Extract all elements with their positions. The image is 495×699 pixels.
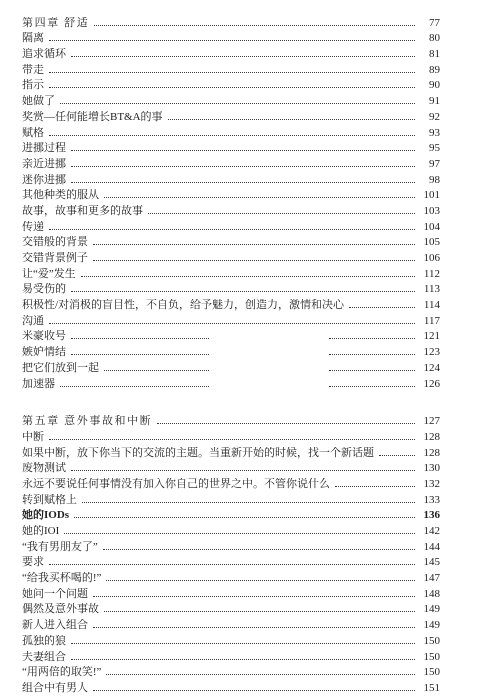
dot-leader [71,659,415,660]
toc-entry: 易受伤的113 [22,281,440,297]
entry-page: 81 [419,48,440,61]
dot-leader [93,627,415,628]
dot-leader [60,103,415,104]
entry-page: 145 [419,556,440,569]
entry-page: 130 [419,462,440,475]
entry-page: 121 [419,330,440,343]
entry-page: 150 [419,651,440,664]
dot-leader [71,150,415,151]
dot-leader [81,276,415,277]
toc-entry: 如果中断，放下你当下的交流的主题。当重新开始的时候，找一个新话题128 [22,444,440,460]
entry-title: 孤独的狼 [22,635,66,648]
entry-title: 米豪收号 [22,330,66,343]
dot-leader [148,213,415,214]
toc-entry: 加速器126 [22,375,440,391]
dot-leader [64,533,415,534]
entry-title: 其他种类的服从 [22,189,99,202]
dot-leader [71,338,209,339]
entry-title: 沟通 [22,315,44,328]
toc-entry: 中断128 [22,428,440,444]
entry-page: 124 [419,362,440,375]
dot-leader [82,502,415,503]
toc-entry: 她的IODs136 [22,507,440,523]
entry-title: “用两倍的取笑!” [22,666,101,679]
entry-page: 103 [419,205,440,218]
entry-page: 147 [419,572,440,585]
entry-page: 149 [419,603,440,616]
dot-leader [104,611,415,612]
entry-page: 150 [419,635,440,648]
toc-entry: 夫妻组合150 [22,648,440,664]
entry-page: 123 [419,346,440,359]
entry-title: 中断 [22,431,44,444]
entry-title: 转到赋格上 [22,494,77,507]
entry-title: 易受伤的 [22,283,66,296]
toc-page: 第四章 舒适77隔离80追求循环81带走89指示90她做了91奖赏—任何能增长B… [0,0,495,699]
toc-entry: “我有男朋友了”144 [22,538,440,554]
toc-entry: 隔离80 [22,30,440,46]
dot-leader [329,338,415,339]
entry-page: 151 [419,682,440,695]
entry-title: 偶然及意外事故 [22,603,99,616]
entry-title: 追求循环 [22,48,66,61]
toc-entry: 她的IOI142 [22,522,440,538]
entry-title: 她的IODs [22,509,69,522]
dot-leader [71,56,415,57]
toc-entry: 沟通117 [22,312,440,328]
entry-title: “给我买杯喝的!” [22,572,101,585]
toc-list: 第四章 舒适77隔离80追求循环81带走89指示90她做了91奖赏—任何能增长B… [22,14,440,695]
entry-title: 进挪过程 [22,142,66,155]
entry-page: 101 [419,189,440,202]
toc-entry: 新人进入组合149 [22,616,440,632]
dot-leader [60,386,209,387]
toc-entry: 其他种类的服从101 [22,187,440,203]
dot-leader [329,354,415,355]
toc-entry: 组合中有男人151 [22,679,440,695]
entry-title: 废物测试 [22,462,66,475]
entry-page: 132 [419,478,440,491]
entry-page: 148 [419,588,440,601]
entry-title: 积极性/对消极的盲目性，不自负，给予魅力，创造力，激情和决心 [22,299,344,312]
toc-entry: 废物测试130 [22,460,440,476]
entry-title: 她做了 [22,95,55,108]
entry-title: 夫妻组合 [22,651,66,664]
entry-page: 149 [419,619,440,632]
dot-leader [157,423,415,424]
entry-title: 如果中断，放下你当下的交流的主题。当重新开始的时候，找一个新话题 [22,447,374,460]
toc-entry: 偶然及意外事故149 [22,601,440,617]
dot-leader [49,229,415,230]
entry-title: 嫉妒情结 [22,346,66,359]
toc-entry: 让“爱”发生112 [22,265,440,281]
toc-entry: 带走89 [22,61,440,77]
entry-page: 136 [419,509,440,522]
toc-entry: 亲近进挪97 [22,155,440,171]
dot-leader [104,197,415,198]
toc-entry: 进挪过程95 [22,140,440,156]
dot-leader [49,564,415,565]
dot-leader [93,244,415,245]
entry-page: 117 [419,315,440,328]
toc-entry: 故事，故事和更多的故事103 [22,202,440,218]
entry-page: 128 [419,431,440,444]
toc-entry: 积极性/对消极的盲目性，不自负，给予魅力，创造力，激情和决心114 [22,296,440,312]
leader-gap [213,342,329,343]
entry-title: 加速器 [22,378,55,391]
entry-page: 91 [419,95,440,108]
dot-leader [329,386,415,387]
dot-leader [106,580,415,581]
toc-entry: 奖赏—任何能增长BT&A的事92 [22,108,440,124]
entry-page: 144 [419,541,440,554]
entry-title: 交错般的背景 [22,236,88,249]
entry-title: 亲近进挪 [22,158,66,171]
entry-title: 她问一个问题 [22,588,88,601]
entry-page: 95 [419,142,440,155]
entry-page: 150 [419,666,440,679]
dot-leader [49,40,415,41]
entry-page: 127 [419,415,440,428]
entry-title: 指示 [22,79,44,92]
entry-title: 让“爱”发生 [22,268,76,281]
toc-entry: 转到赋格上133 [22,491,440,507]
dot-leader [49,87,415,88]
dot-leader [49,135,415,136]
leader-gap [213,390,329,391]
dot-leader [103,549,415,550]
toc-entry: 嫉妒情结123 [22,343,440,359]
dot-leader [94,25,415,26]
toc-entry: 永远不要说任何事情没有加入你自己的世界之中。不管你说什么132 [22,475,440,491]
dot-leader [93,690,415,691]
entry-title: 故事，故事和更多的故事 [22,205,143,218]
entry-title: 要求 [22,556,44,569]
dot-leader [93,260,415,261]
toc-entry: 第五章 意外事故和中断127 [22,413,440,429]
toc-entry: 指示90 [22,77,440,93]
entry-page: 128 [419,447,440,460]
dot-leader [71,166,415,167]
dot-leader [71,643,415,644]
toc-entry: 米豪收号121 [22,328,440,344]
toc-entry: 第四章 舒适77 [22,14,440,30]
entry-page: 114 [419,299,440,312]
entry-page: 113 [419,283,440,296]
dot-leader [71,291,415,292]
entry-page: 104 [419,221,440,234]
entry-title: 迷你进挪 [22,174,66,187]
dot-leader [349,307,415,308]
dot-leader [71,354,209,355]
entry-page: 92 [419,111,440,124]
toc-section-gap [22,391,440,413]
dot-leader [104,370,209,371]
dot-leader [93,596,415,597]
entry-title: “我有男朋友了” [22,541,98,554]
dot-leader [379,455,415,456]
entry-title: 第五章 意外事故和中断 [22,415,152,428]
entry-page: 89 [419,64,440,77]
entry-page: 97 [419,158,440,171]
entry-page: 105 [419,236,440,249]
dot-leader [71,182,415,183]
entry-page: 126 [419,378,440,391]
toc-entry: 她问一个问题148 [22,585,440,601]
leader-gap [213,358,329,359]
leader-gap [213,374,329,375]
toc-entry: 孤独的狼150 [22,632,440,648]
entry-title: 奖赏—任何能增长BT&A的事 [22,111,163,124]
entry-page: 98 [419,174,440,187]
dot-leader [329,370,415,371]
entry-title: 隔离 [22,32,44,45]
toc-entry: 交错般的背景105 [22,234,440,250]
entry-title: 赋格 [22,127,44,140]
toc-entry: 把它们放到一起124 [22,359,440,375]
entry-title: 把它们放到一起 [22,362,99,375]
dot-leader [49,72,415,73]
entry-page: 77 [419,17,440,30]
entry-page: 133 [419,494,440,507]
entry-page: 90 [419,79,440,92]
dot-leader [335,486,415,487]
entry-page: 80 [419,32,440,45]
toc-entry: 追求循环81 [22,45,440,61]
dot-leader [74,517,415,518]
toc-entry: 赋格93 [22,124,440,140]
entry-page: 93 [419,127,440,140]
toc-entry: 要求145 [22,554,440,570]
entry-title: 新人进入组合 [22,619,88,632]
dot-leader [49,439,415,440]
dot-leader [106,674,415,675]
toc-entry: “给我买杯喝的!”147 [22,569,440,585]
entry-title: 带走 [22,64,44,77]
entry-page: 142 [419,525,440,538]
toc-entry: 她做了91 [22,92,440,108]
entry-title: 交错背景例子 [22,252,88,265]
toc-entry: “用两倍的取笑!”150 [22,664,440,680]
dot-leader [71,470,415,471]
entry-title: 第四章 舒适 [22,17,89,30]
dot-leader [168,119,415,120]
entry-title: 永远不要说任何事情没有加入你自己的世界之中。不管你说什么 [22,478,330,491]
toc-entry: 迷你进挪98 [22,171,440,187]
entry-title: 传递 [22,221,44,234]
toc-entry: 传递104 [22,218,440,234]
toc-entry: 交错背景例子106 [22,249,440,265]
dot-leader [49,323,415,324]
entry-page: 106 [419,252,440,265]
entry-page: 112 [419,268,440,281]
entry-title: 她的IOI [22,525,59,538]
entry-title: 组合中有男人 [22,682,88,695]
